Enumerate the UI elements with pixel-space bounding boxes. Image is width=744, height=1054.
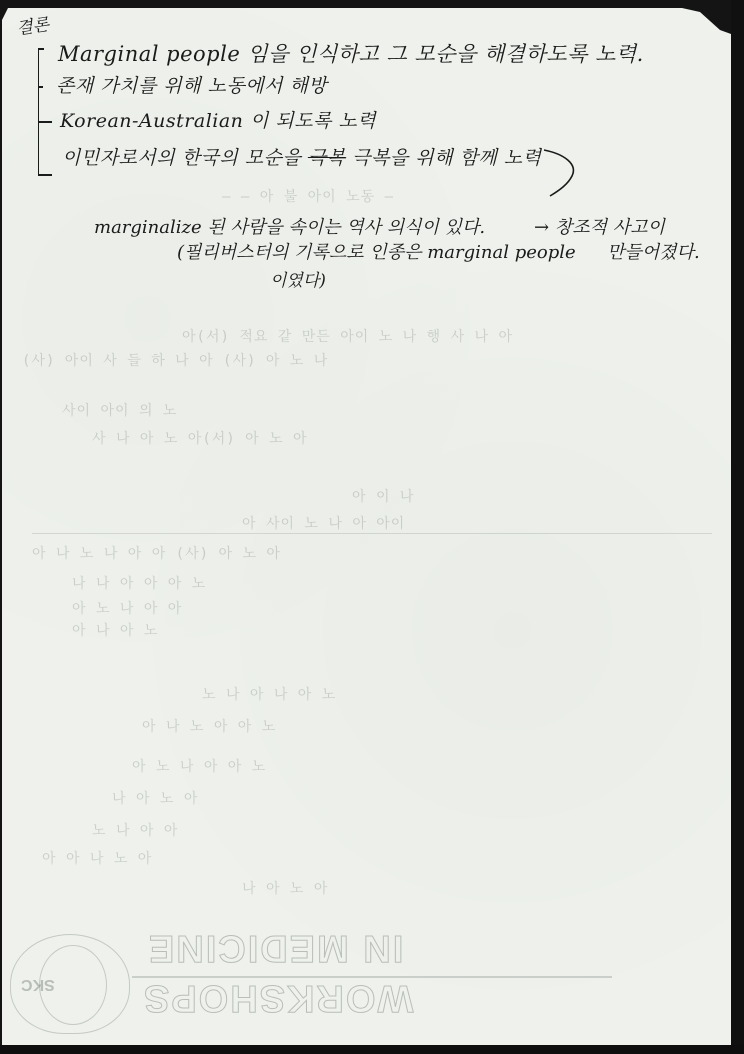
bleed-text: 아 노 나 아 아 노	[132, 756, 266, 776]
point-4-after: 극복을 위해 함께 노력	[352, 147, 541, 169]
bleed-text: 노 나 아 아	[92, 820, 178, 840]
bleed-text: 아 이 나	[352, 486, 414, 506]
heading-conclusion: 결론	[14, 10, 50, 39]
bracket-tick	[38, 48, 44, 50]
bleed-text: 아(서) 적요 같 만든 아이 노 나 행 사 나 아	[182, 326, 513, 346]
point-3: Korean-Australian 이 되도록 노력	[60, 106, 376, 133]
point-2: 존재 가치를 위해 노동에서 해방	[56, 71, 327, 98]
bleed-text: — — 아 불 아이 노동 —	[222, 186, 394, 206]
bleed-text: 아 나 노 나 아 아 (사) 아 노 아	[32, 543, 281, 563]
watermark-logo-text: SKC	[21, 975, 55, 993]
note-line-2: (필리버스터의 기록으로 인종은 marginal people	[177, 238, 576, 264]
bleed-text: 아 나 노 아 아 노	[142, 716, 276, 736]
bleed-text: 사이 아이 의 노	[62, 400, 177, 420]
watermark: SKC IN MEDICINE WORKSHOPS	[2, 926, 731, 1036]
swoosh-stroke-icon	[542, 146, 582, 198]
point-4-before: 이민자로서의 한국의 모순을	[62, 147, 301, 169]
bleed-text: 아 나 아 노	[72, 620, 158, 640]
bleed-text: 아 사이 노 나 아 아이	[242, 513, 405, 533]
bracket-icon	[38, 48, 48, 176]
bleed-text: 아 아 나 노 아	[42, 848, 152, 868]
bleed-rule	[32, 533, 712, 534]
watermark-line-2: WORKSHOPS	[142, 976, 413, 1019]
note-line-1: marginalize 된 사람을 속이는 역사 의식이 있다.	[94, 213, 485, 239]
point-4-struck: 극복	[308, 147, 346, 169]
note-line-3: 이였다)	[270, 266, 326, 291]
bracket-tick	[38, 174, 52, 176]
watermark-line-1: IN MEDICINE	[147, 926, 403, 969]
point-4: 이민자로서의 한국의 모순을 극복 극복을 위해 함께 노력	[62, 143, 541, 170]
bleed-text: 나 아 노 아	[112, 788, 198, 808]
paper-page: 결론 Marginal people 임을 인식하고 그 모순을 해결하도록 노…	[2, 8, 731, 1045]
bracket-tick	[38, 86, 43, 88]
bleed-text: 아 노 나 아 아	[72, 598, 182, 618]
watermark-logo-icon: SKC	[10, 934, 130, 1034]
bleed-text: 사 나 아 노 아(서) 아 노 아	[92, 428, 308, 448]
bracket-tick	[38, 121, 52, 123]
scan-bottom-edge	[0, 1045, 744, 1054]
bleed-text: (사) 아이 사 들 하 나 아 (사) 아 노 나	[22, 350, 328, 370]
bleed-text: 나 나 아 아 아 노	[72, 573, 206, 593]
bleed-text: 나 아 노 아	[242, 878, 328, 898]
bleed-text: 노 나 아 나 아 노	[202, 684, 336, 704]
note-line-2-right: 만들어졌다.	[607, 238, 700, 264]
point-1: Marginal people 임을 인식하고 그 모순을 해결하도록 노력.	[58, 38, 644, 68]
note-arrow: → 창조적 사고이	[534, 213, 665, 239]
scan-right-edge	[731, 0, 744, 1054]
